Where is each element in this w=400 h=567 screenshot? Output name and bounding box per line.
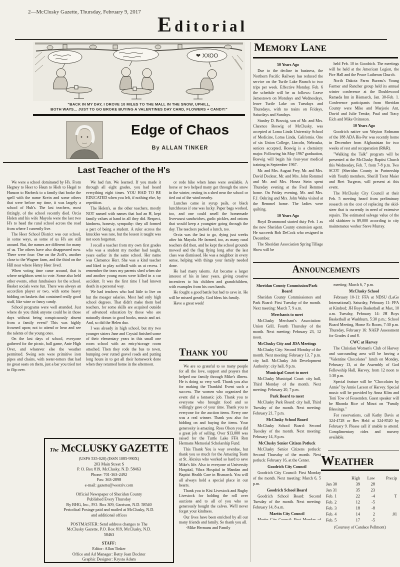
weather-table: High Low Precip Jan 303928Jan 313523Feb.… [321,475,399,523]
item-heading: Sheridan County Commission/Park Board [253,283,321,294]
item-heading: Goodrich School Board [253,488,321,494]
paragraph: We had teachers who had little to live o… [86,290,161,326]
item-heading: McClusky Senior Citizen Potluck [253,441,321,447]
paragraph: "Walking the Talk" program will be prese… [329,152,399,191]
announcements-col-a: Sheridan County Commission/Park BoardShe… [253,282,321,520]
thank-you-rule [179,360,248,362]
article-column-1: We were a school dominated by H's. From … [7,180,81,436]
paragraph: held Feb. 10 in Goodrich. The meetings w… [329,61,399,78]
paragraph: The Sheridan Association Spring Tillage … [253,242,323,253]
paragraph: For reservations, call Kathy Davis at 32… [329,413,399,441]
thank-you-signature: -Mike Hermans and Family [179,526,248,531]
weather-rule [321,470,399,472]
paragraph: McClusky City: Second Monday of the mont… [253,347,321,369]
memory-lane-title: Memory Lane [254,41,399,55]
paragraph: Due to the decline in business, the Nort… [253,68,323,118]
article-column-2: We had fun. We learned. If you made it t… [86,180,161,436]
weather-rows: Jan 303928Jan 313523Feb. 122-4TFeb. 212-… [321,481,399,523]
section-title-editorial: Editorial [95,13,310,37]
paragraph: Lunches came in syrup pails, or black lu… [169,201,248,232]
weather-cell-precip [375,517,397,523]
masthead-lines: (USPS 535-020) (ISSN 1085-990X)203 Main … [49,457,169,563]
item-heading: 50 Years Ago [253,62,323,68]
paragraph: Mr. and Mrs. August Frey, Mr. and Mrs. D… [253,168,323,212]
paragraph: The Helen's, as the other teachers, most… [86,206,161,242]
thank-you-title: Thank you [179,346,248,359]
cartoon-divider-rule [33,114,245,116]
announcements-col-b: meeting: March 6, 7 p.m.McClusky SchoolF… [329,282,399,447]
memory-lane-col-b: held Feb. 10 in Goodrich. The meetings w… [329,61,399,260]
paragraph: When voting time came around, that is wh… [7,269,81,305]
paragraph: Goodrich School Board: Second Tuesday of… [253,494,321,511]
masthead-title: The McCLUSKY GAZETTE [49,442,169,455]
paragraph: Boyd Drummond started duty Feb. 1 as the… [253,219,323,241]
masthead-the: The [50,447,59,453]
columnist-photo [66,121,103,159]
paragraph: We are so grateful to so many people for… [179,364,248,446]
weather-cell-date: Feb. 5 [321,517,344,523]
weather-cell-high: 17 [344,517,360,523]
paragraph: We were a school dominated by H's. From … [7,180,81,231]
newspaper-page: 2—McClusky Gazette, Thursday, February 9… [0,0,400,567]
paragraph: On the last days of school, everyone gat… [7,336,81,372]
masthead-line: e-mail: gazette@westriv.com [49,483,169,488]
paragraph: The Christian Women's Club of Harvey and… [329,346,399,379]
item-heading: Goodrich City Council [253,464,321,470]
masthead-line: Graphic Designer: Krysta Adam [49,557,169,562]
headline-rule [3,162,248,163]
paragraph: Stanley D. Boswig, son of Mr. and Mrs. C… [253,118,323,168]
paragraph: Special feature will be "Chocolates by A… [329,379,399,412]
weather-row: Feb. 517-5 [321,517,399,523]
paragraph: He fought a good battle but had to cave … [169,290,248,300]
paragraph: Goodrich native son Wayton Erdmann of th… [329,129,399,151]
column-byline: By ALLAN TINKER [115,145,245,151]
paragraph: School programs were well attended. Just… [7,305,81,336]
paragraph: I was already in high school, but my two… [86,326,161,367]
masthead-name: McCLUSKY GAZETTE [61,442,168,454]
paragraph: or rode bike when lanes were available. … [169,180,248,201]
paragraph: Sheridan County Commissioners and Park B… [253,295,321,312]
editorial-page: 2—McClusky Gazette, Thursday, February 9… [0,0,400,567]
announcements-title: Announcements [253,264,399,276]
memory-lane-col-a: 50 Years AgoDue to the decline in busine… [253,61,323,260]
paragraph: North Dakota Farm Bureau's Young Farmer … [329,78,399,122]
item-heading: McClusky City and JDA Meetings [253,341,321,347]
paragraph: This Thank You is way overdue, but thank… [179,447,248,488]
article-column-3: or rode bike when lanes were available. … [169,180,248,345]
masthead-line: and additional offices [49,513,169,518]
memory-lane-rule [253,57,398,59]
item-heading: Municipal Court to meet [253,370,321,376]
cartoon-bubble-text: ❤ XXOO [196,54,219,60]
paragraph: meeting: March 6, 7 p.m. [329,282,399,288]
paragraph: Goodrich City Council: First Monday of t… [253,470,321,487]
cartoon-illustration: ❤ XXOO [33,42,245,101]
item-heading: Martin City Council [253,511,321,517]
paragraph: McClusky Senior Citizens potluck: Second… [253,447,321,464]
paragraph: Have a great week! [169,301,248,306]
item-heading: 10 Years Ago [329,123,399,129]
article-headline: Last Teacher of the H's [3,166,245,176]
weather-cell-low: -5 [360,517,375,523]
item-heading: McClusky School Board [253,417,321,423]
paragraph: The McClusky City Council at their Feb. … [329,191,399,230]
header-rule [15,39,387,40]
thank-you-paragraphs: We are so grateful to so many people for… [179,364,248,525]
editorial-cartoon: ❤ XXOO [33,42,245,101]
paragraph: Thank you to Kist Livestock and Rugby Li… [179,489,248,515]
thank-you-text: We are so grateful to so many people for… [179,364,248,562]
cartoon-caption-line2: BOTH WAYS... JUST TO GO BROKE BUYING A V… [27,107,251,112]
weather-title: Weather [321,453,399,469]
paragraph: Martin City Council: First Monday of the… [253,517,321,520]
item-heading: CWC at Harvey [329,340,399,346]
paragraph: McClusky Municipal Court: city hall, Thi… [253,376,321,393]
paragraph: He had many talents. Art became a larger… [169,269,248,290]
item-heading: Merchants to meet [253,312,321,318]
weather-rule-top [328,450,399,451]
paragraph: February 10-11: FFA at NDSU (LaGo Intern… [329,295,399,339]
item-heading: Park Board to meet [253,394,321,400]
paragraph: McClusky School Board: Second Tuesday of… [253,423,321,440]
announcements-rule-top [253,262,399,263]
masthead-box: The McCLUSKY GAZETTE (USPS 535-020) (ISS… [44,438,174,563]
item-heading: McClusky School [329,289,399,295]
paragraph: Orcia was the last to go, dying just wee… [169,232,248,268]
announcements-rule-bottom [253,278,399,279]
column-title: Edge of Chaos [115,122,245,138]
weather-courtesy: (Courtesy of Candace Pellmont) [321,525,399,530]
paragraph: We had fun. We learned. If you made it t… [86,180,161,206]
paragraph: The Heer School District was our school,… [7,232,81,268]
item-heading: 10 Years Ago [253,213,323,219]
portrait-image [66,121,103,159]
paragraph: McClusky Merchant's Association: Union G… [253,318,321,340]
masthead-line: 58463 [49,532,169,537]
weather-section: Weather High Low Precip Jan 303928Jan 31… [321,453,399,530]
paragraph: McClusky Park Board: city hall, Third Tu… [253,400,321,417]
paragraph: I recall a teacher from my own first gra… [86,243,161,289]
column-divider-rule [251,42,252,562]
paragraph: Our lives have been enriched by all our … [179,515,248,525]
thank-you-section: Thank you We are so grateful to so many … [179,346,248,562]
cartoon-caption: "BACK IN MY DAY, I DROVE 10 MILES TO THE… [27,102,251,112]
